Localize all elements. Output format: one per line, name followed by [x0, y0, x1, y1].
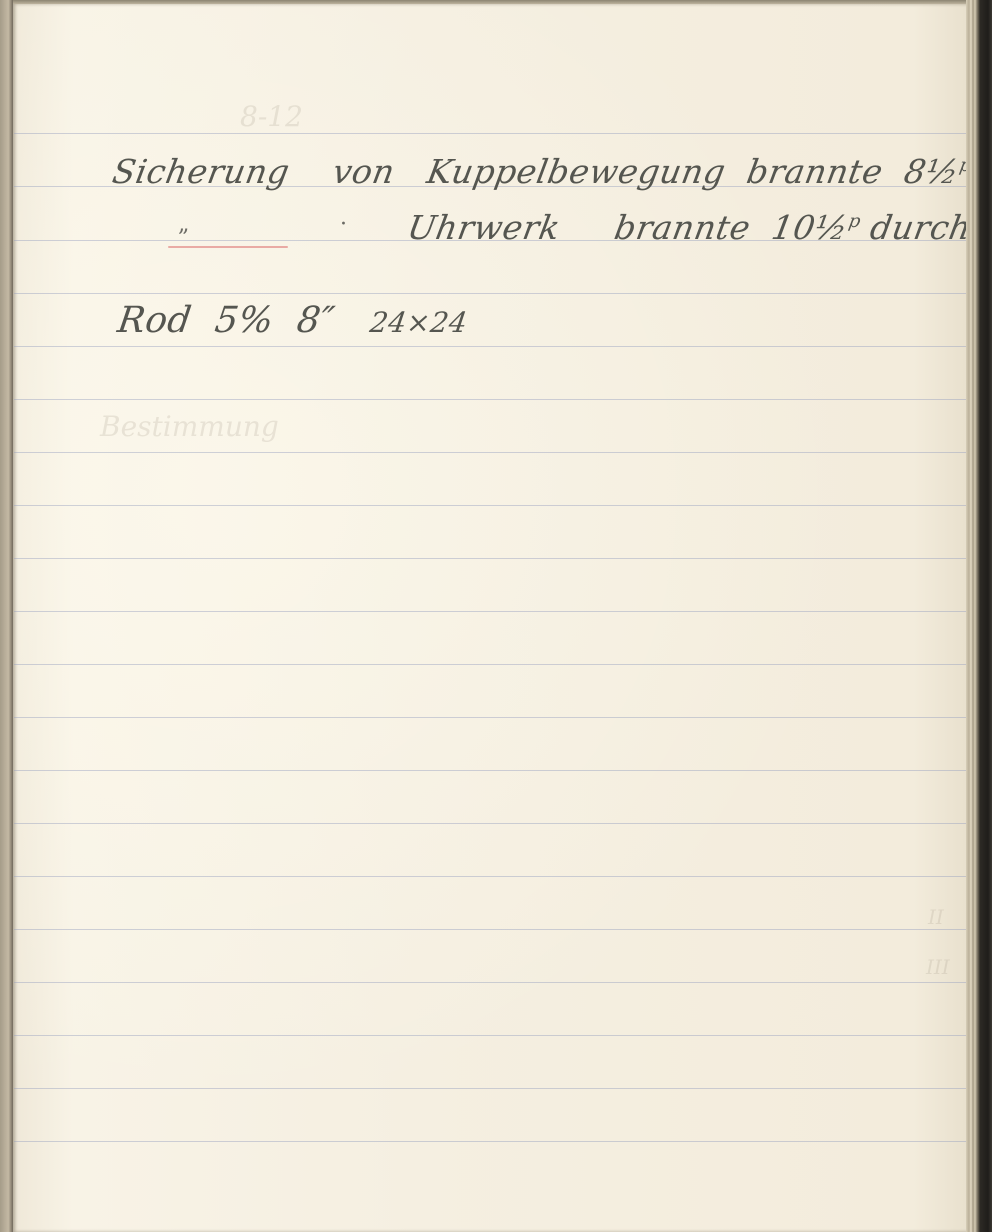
ruled-line	[14, 293, 966, 294]
ruled-line	[14, 505, 966, 506]
ruled-line	[14, 611, 966, 612]
ruled-line	[14, 133, 966, 134]
bleed-through-text: Bestimmung	[100, 410, 279, 443]
ditto-mark: ·	[340, 212, 347, 237]
ruled-line	[14, 770, 966, 771]
word: Rod	[115, 300, 194, 341]
page-stack-and-binding	[966, 0, 992, 1232]
red-pencil-mark	[168, 246, 288, 248]
word: brannte	[744, 152, 886, 191]
handwritten-line-3: Rod 5% 8″ 24×24	[115, 300, 470, 341]
ruled-line	[14, 664, 966, 665]
word: brannte	[611, 208, 753, 247]
word: Uhrwerk	[405, 208, 564, 247]
ruled-line	[14, 399, 966, 400]
ruled-line	[14, 1141, 966, 1142]
unit-superscript: p	[847, 211, 863, 232]
ruled-line	[14, 558, 966, 559]
ruled-line	[14, 452, 966, 453]
amount: 8½	[901, 152, 962, 191]
word: Kuppelbewegung	[424, 152, 729, 191]
handwritten-line-2: Uhrwerk brannte 10½p durch.	[405, 208, 986, 247]
word: von	[330, 152, 398, 191]
ruled-line	[14, 982, 966, 983]
ruled-line	[14, 717, 966, 718]
measurement: 8″	[294, 300, 337, 341]
previous-page-edge	[0, 0, 14, 1232]
dimensions: 24×24	[368, 306, 470, 339]
ruled-line	[14, 876, 966, 877]
bleed-through-text: II	[928, 905, 944, 929]
bleed-through-text: 8-12	[240, 100, 303, 133]
percentage: 5%	[212, 300, 276, 341]
ruled-line	[14, 1035, 966, 1036]
ruled-line	[14, 823, 966, 824]
ruled-line	[14, 1088, 966, 1089]
bleed-through-text: III	[926, 955, 950, 979]
ruled-line	[14, 929, 966, 930]
ruled-line	[14, 346, 966, 347]
amount: 10½	[769, 208, 851, 247]
ditto-mark: „	[178, 212, 189, 237]
word: Sicherung	[110, 152, 293, 191]
handwritten-line-1: Sicherung von Kuppelbewegung brannte 8½p…	[110, 152, 992, 191]
